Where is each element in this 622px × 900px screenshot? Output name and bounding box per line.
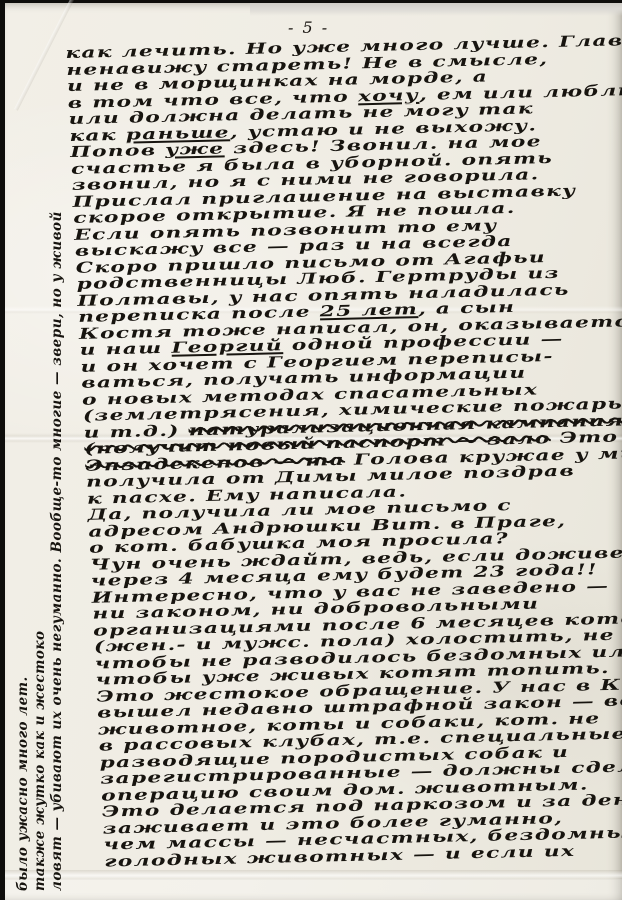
margin-note-line: также жутко как и жестоко — [32, 96, 49, 891]
scanner-bed-edge — [250, 3, 622, 16]
margin-note-line: было ужасно много лет. — [15, 96, 32, 891]
page-number: - 5 - — [288, 18, 329, 37]
paper-bottom-strip — [5, 879, 622, 900]
margin-note-line: ловят — убивают их очень негуманно. Вооб… — [49, 96, 66, 891]
margin-note: ловят — убивают их очень негуманно. Вооб… — [15, 96, 66, 891]
letter-paper: - 5 - как лечить. Но уже много лучше. Гл… — [5, 3, 622, 900]
letter-body: как лечить. Но уже много лучше. Главноен… — [65, 31, 622, 870]
